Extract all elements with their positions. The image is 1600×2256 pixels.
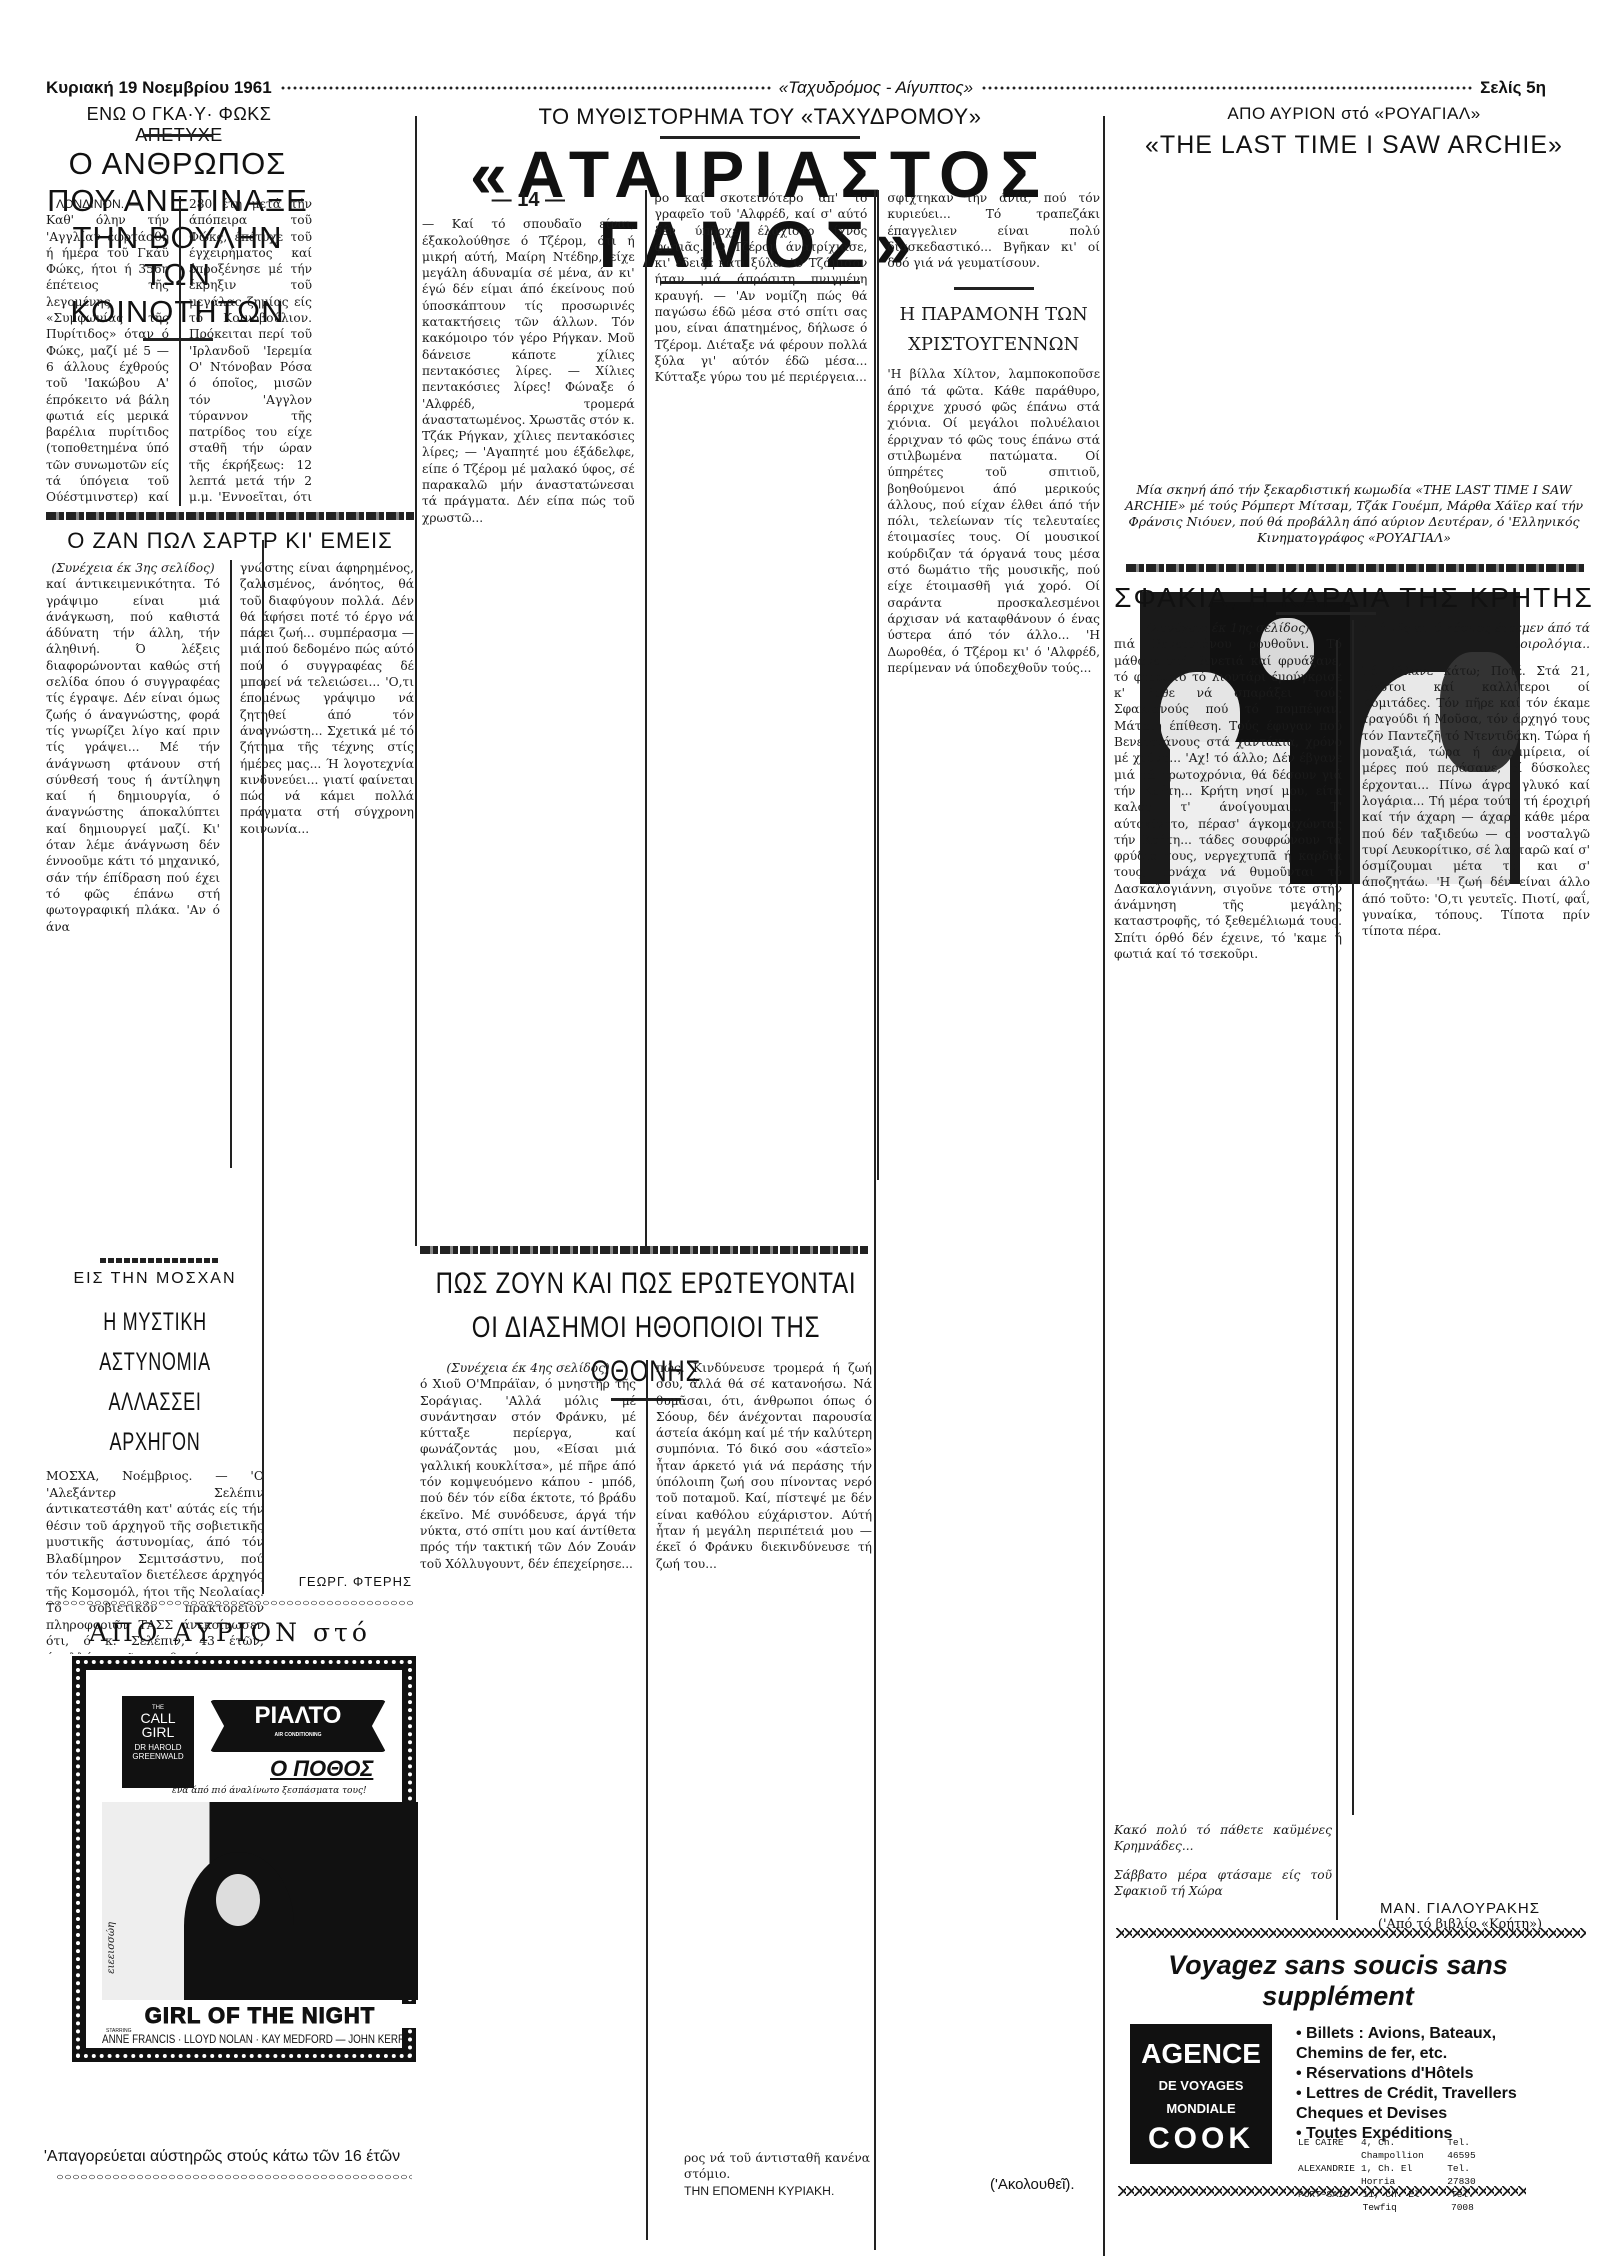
serial-body-col3: σφιχτηκαν τήν άνία, πού τόν κυριεύει... … (887, 190, 1100, 271)
cook-offices: LE CAIRE4, Ch. ChampollionTel. 46595 ALE… (1298, 2136, 1498, 2214)
column-rule (645, 190, 647, 1250)
office-row: ALEXANDRIE1, Ch. El HorriaTel. 27830 (1298, 2162, 1498, 2188)
serial-continued: ('Ακολουθεῖ). (990, 2176, 1075, 2193)
divider (143, 134, 213, 137)
article-body-col1: καί άντικειμενικότητα. Τό γράψιμο είναι … (46, 576, 220, 935)
serial-body: — 14 — — Καί τό σπουδαῖο είναι, έξακολού… (422, 190, 1100, 1180)
archie-kicker: ΑΠΟ ΑΥΡΙΟΝ στό «ΡΟΥΑΓΙΑΛ» (1108, 104, 1600, 124)
byline: ΓΕΩΡΓ. ΦΤΕΡΗΣ (240, 1574, 412, 1589)
author-name: ΜΑΝ. ΓΙΑΛΟΥΡΑΚΗΣ (1340, 1900, 1580, 1917)
divider (954, 287, 1034, 290)
cook-ad-headline: Voyagez sans soucis sans supplément (1168, 1950, 1508, 2012)
zigzag-divider (1116, 1928, 1586, 1938)
column-rule (646, 1360, 648, 2240)
ornament-divider (100, 1258, 220, 1263)
rialto-ad-header: ΑΠΟ ΑΥΡΙΟΝ στό (46, 1618, 414, 1647)
verse-1: Κακό πολύ τό πάθετε καϋμένες Κρημνάδες..… (1114, 1822, 1332, 1855)
rialto-ad[interactable]: THE CALL GIRL DR HAROLD GREENWALD ΡΙΑΛΤΟ… (72, 1656, 416, 2062)
masthead-page: Σελίς 5η (1480, 78, 1546, 98)
sfakia-headline: ΣΦΑΚΙΑ, Η ΚΑΡΔΙΑ ΤΗΣ ΚΡΗΤΗΣ (1108, 582, 1600, 614)
column-rule (262, 540, 264, 1594)
serial-subhead: Η ΠΑΡΑΜΟΝΗ ΤΩΝ ΧΡΙΣΤΟΥΓΕΝΝΩΝ (887, 300, 1100, 360)
column-rule (874, 190, 876, 2250)
next-sunday-note: ΤΗΝ ΕΠΟΜΕΝΗ ΚΥΡΙΑΚΗ. (684, 2183, 870, 2199)
tagline: ένα άπό πιό άναλίνωτο ξεσπάσματα τους! (172, 1786, 408, 1796)
cook-logo-box: AGENCE DE VOYAGES MONDIALE COOK (1130, 2024, 1272, 2164)
article-body-col2: 280 έτη μετά τήν άπόπειρα τοῦ Φώκς, έπέτ… (179, 196, 312, 506)
zigzag-divider (1118, 2186, 1526, 2196)
installment-number: — 14 — (422, 192, 635, 208)
archie-headline: «THE LAST TIME I SAW ARCHIE» (1108, 128, 1600, 162)
chain-divider (56, 2172, 412, 2182)
article-sartre-headline: Ο ΖΑΝ ΠΩΛ ΣΑΡΤΡ ΚΙ' ΕΜΕΙΣ (46, 528, 414, 554)
cook-services-list: Billets : Avions, Bateaux, Chemins de fe… (1296, 2024, 1526, 2144)
divider (1276, 612, 1376, 615)
office-row: LE CAIRE4, Ch. ChampollionTel. 46595 (1298, 2136, 1498, 2162)
article-kicker: ΕΙΣ ΤΗΝ ΜΟΣΧΑΝ (46, 1270, 264, 1288)
column-rule (415, 116, 417, 1246)
dotted-rule (981, 86, 1472, 90)
side-text: ειεεισσώη (106, 1922, 117, 1974)
article-moscow: ΕΙΣ ΤΗΝ ΜΟΣΧΑΝ Η ΜΥΣΤΙΚΗ ΑΣΤΥΝΟΜΙΑ ΑΛΛΑΣ… (46, 1270, 264, 1654)
verse: π' ή γῆς κι' ό κόσμος έτρεμεν άπό τά μοι… (1362, 620, 1590, 653)
chain-divider (46, 1598, 414, 1608)
column-rule (1103, 116, 1105, 2256)
film-cast: ANNE FRANCIS · LLOYD NOLAN · KAY MEDFORD… (102, 2032, 361, 2046)
verse-2: Σάββατο μέρα φτάσαμε είς τοῦ Σφακιοῦ τή … (1114, 1867, 1332, 1900)
actors-tail: ρος νά τοῦ άντισταθῆ κανένα στόμιο. ΤΗΝ … (684, 2150, 870, 2199)
figure-face (216, 1874, 260, 1926)
continuation-note: (Συνέχεια έκ 3ης σελίδος) (46, 560, 220, 576)
article-body-col2: γνώστης είναι άφηρημένος, ζαλισμένος, άν… (240, 560, 414, 837)
service-item: Billets : Avions, Bateaux, Chemins de fe… (1296, 2024, 1526, 2064)
continuation-note: (Συνέχεια έκ 4ης σελίδος) (420, 1360, 636, 1376)
article-sartre-body: (Συνέχεια έκ 3ης σελίδος) καί άντικειμεν… (46, 560, 414, 1168)
book-cover: THE CALL GIRL DR HAROLD GREENWALD (122, 1696, 194, 1788)
masthead: Κυριακή 19 Νοεμβρίου 1961 «Ταχυδρόμος - … (46, 74, 1546, 102)
film-still-photo: ειεεισσώη (102, 1802, 418, 2000)
guy-fawkes-body: ΛΟΝΔΙΝΟΝ. — Καθ' όλην τήν 'Αγγλίαν έωρτά… (46, 196, 312, 506)
section-divider (420, 1246, 868, 1254)
continuation-note: (Συνέχεια έκ 1ης σελίδος) (1114, 620, 1342, 636)
dotted-rule (280, 86, 771, 90)
service-item: Lettres de Crédit, Travellers Cheques et… (1296, 2084, 1526, 2124)
column-rule (1336, 640, 1338, 1920)
age-restriction: 'Απαγορεύεται αύστηρῶς στούς κάτω τῶν 16… (30, 2148, 414, 2166)
section-divider (46, 512, 414, 520)
film-title: GIRL OF THE NIGHT (102, 2004, 418, 2028)
section-divider (1126, 564, 1584, 572)
cinema-banner: ΡΙΑΛΤΟ AIR CONDITIONING (210, 1700, 386, 1752)
article-body-col1: Καθ' όλην τήν 'Αγγλίαν έωρτάσθη ή ήμέρα … (46, 212, 169, 506)
serial-body-col3-after: 'Η βίλλα Χίλτον, λαμποκοποῦσε άπό τά φῶτ… (887, 366, 1100, 676)
serial-body-col1: — Καί τό σπουδαῖο είναι, έξακολούθησε ό … (422, 216, 635, 526)
masthead-publication: «Ταχυδρόμος - Αίγυπτος» (779, 78, 973, 98)
serial-kicker: ΤΟ ΜΥΘΙΣΤΟΡΗΜΑ ΤΟΥ «ΤΑΧΥΔΡΟΜΟΥ» (420, 104, 1100, 130)
article-headline: Η ΜΥΣΤΙΚΗ ΑΣΤΥΝΟΜΙΑ ΑΛΛΑΣΣΕΙ ΑΡΧΗΓΟΝ (77, 1302, 234, 1462)
film-credits: Screenplay by TED BERKMAN · Directed by … (102, 2048, 418, 2053)
sfakia-verses: Κακό πολύ τό πάθετε καϋμένες Κρημνάδες..… (1114, 1822, 1332, 1899)
dateline: ΛΟΝΔΙΝΟΝ. — (46, 196, 169, 212)
tagline-title: Ο ΠΟΘΟΣ (270, 1756, 400, 1782)
article-body-col1: πιά Βενετσιάνου ρουθοῦνι. Τό μάθανε στή … (1114, 636, 1342, 962)
article-body-col2: Τό βάλανε κάτω; Ποτέ. Στά 21, πρῶτοι καί… (1362, 663, 1590, 940)
archie-header: ΑΠΟ ΑΥΡΙΟΝ στό «ΡΟΥΑΓΙΑΛ» «THE LAST TIME… (1108, 104, 1600, 162)
article-body-col2: πώς. Κινδύνευσε τρομερά ή ζωή σου, άλλά … (656, 1360, 872, 1572)
archie-caption: Μία σκηνή άπό τήν ξεκαρδιστική κωμωδία «… (1118, 482, 1590, 546)
serial-body-col2: ρο καί σκοτεινότερο άπ' τό γραφεῖο τοῦ '… (655, 190, 868, 386)
article-body-col1: ό Χιοῦ Ο'Μπράϊαν, ό μνηστήρ τῆς Σοράγιας… (420, 1376, 636, 1572)
masthead-date: Κυριακή 19 Νοεμβρίου 1961 (46, 78, 272, 98)
cook-ad[interactable]: Voyagez sans soucis sans supplément AGEN… (1108, 1950, 1600, 2190)
sfakia-body: (Συνέχεια έκ 1ης σελίδος) πιά Βενετσιάνο… (1114, 620, 1590, 1815)
service-item: Réservations d'Hôtels (1296, 2064, 1526, 2084)
